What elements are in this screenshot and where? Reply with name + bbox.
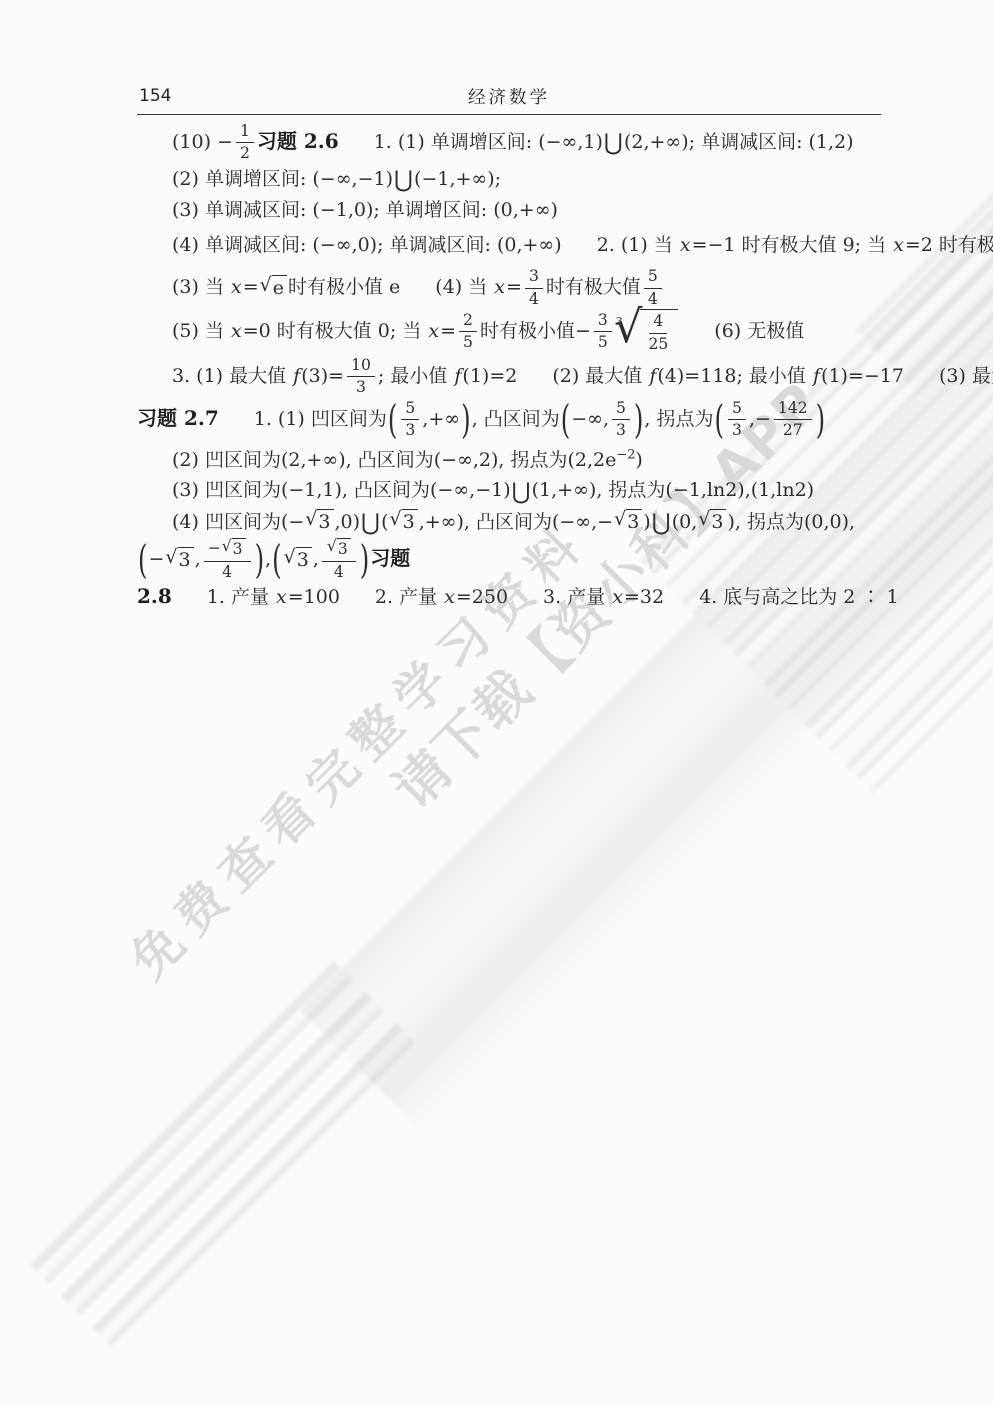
answer-line: (3) 当 x=√e时有极小值 e <box>137 276 400 298</box>
text-run: ,+∞ <box>422 408 460 430</box>
fraction: 14227 <box>774 399 812 441</box>
math-variable: x <box>275 586 288 608</box>
section-heading: 习题 2.7 <box>137 406 219 430</box>
text-run: 时有极小值 e <box>288 276 400 298</box>
radicand: 3 <box>402 509 418 536</box>
text-run: ) <box>635 449 642 471</box>
answer-line: (2) 单调增区间: (−∞,−1)⋃(−1,+∞); <box>137 168 501 190</box>
header-rule <box>137 114 881 115</box>
big-paren: ( <box>560 400 572 439</box>
big-paren: ) <box>254 540 266 579</box>
fraction: 54 <box>644 267 662 309</box>
text-run: (4) 单调减区间: (−∞,0); 单调减区间: (0,+∞) <box>172 234 562 256</box>
fraction: 53 <box>728 399 746 441</box>
fraction: 103 <box>347 356 375 398</box>
numerator: 3 <box>594 311 612 332</box>
big-paren: ( <box>714 400 726 439</box>
text-run: 2. 产量 <box>375 586 443 608</box>
square-root: √3 <box>284 547 312 574</box>
text-run: (4)=118; 最小值 <box>657 365 812 387</box>
square-root: √3 <box>389 509 417 536</box>
fraction: −√34 <box>204 538 251 582</box>
denominator: 25 <box>644 334 672 354</box>
square-root: √3 <box>222 538 246 560</box>
radical-sign: √ <box>222 538 232 556</box>
radicand: e <box>272 275 287 302</box>
numerator: 3 <box>525 267 543 288</box>
fraction: 53 <box>612 399 630 441</box>
text-run: (3) 凹区间为(−1,1), 凸区间为(−∞,−1) <box>172 479 511 501</box>
answer-line: (2) 凹区间为(2,+∞), 凸区间为(−∞,2), 拐点为(2,2e−2) <box>137 449 643 471</box>
numerator: 1 <box>236 122 254 143</box>
radicand: 3 <box>626 509 642 536</box>
answer-line: (4) 凹区间为(−√3,0)⋃(√3,+∞), 凸区间为(−∞,−√3)⋃(0… <box>137 511 855 533</box>
answer-line: (5) 当 x=0 时有极大值 0; 当 x=25时有极小值−353√425 <box>137 320 679 342</box>
math-variable: x <box>443 586 456 608</box>
radicand: 3 <box>296 547 312 574</box>
answer-line: (3) 凹区间为(−1,1), 凸区间为(−∞,−1)⋃(1,+∞), 拐点为(… <box>137 479 814 501</box>
answer-line: 1. (1) 凹区间为(53,+∞), 凸区间为(−∞,53), 拐点为(53,… <box>219 408 826 430</box>
page-number: 154 <box>139 86 171 106</box>
numerator: −√3 <box>204 538 251 562</box>
text-run: (4) 凹区间为(− <box>172 511 304 533</box>
square-root: √3 <box>165 547 193 574</box>
text-run: 1. (1) 单调增区间: (−∞,1) <box>374 131 603 153</box>
text-run: ,0) <box>335 511 361 533</box>
text-run: (2) 最大值 <box>552 365 648 387</box>
text-run: =0 时有极大值 0; 当 <box>243 320 428 342</box>
math-variable: x <box>427 320 440 342</box>
radicand: 3 <box>232 538 246 560</box>
fraction: 35 <box>594 311 612 353</box>
math-variable: x <box>230 320 243 342</box>
fraction: 53 <box>401 399 419 441</box>
big-paren: ) <box>633 400 645 439</box>
text-run: −∞, <box>571 408 609 430</box>
union-symbol: ⋃ <box>393 166 414 193</box>
text-run: , 凸区间为 <box>472 408 560 430</box>
text-run: (2,+∞); 单调减区间: (1,2) <box>624 131 854 153</box>
answer-line: 3. 产量 x=32 <box>508 586 664 608</box>
math-variable: x <box>679 234 692 256</box>
square-root: √3 <box>614 509 642 536</box>
text-run: (1,+∞), 拐点为(−1,ln2),(1,ln2) <box>532 479 814 501</box>
big-paren: ) <box>359 540 371 579</box>
numerator: √3 <box>322 538 356 562</box>
numerator: 5 <box>612 399 630 420</box>
text-run: (2) 单调增区间: (−∞,−1) <box>172 168 393 190</box>
big-paren: ( <box>387 400 399 439</box>
text-run: =250 <box>456 586 508 608</box>
answer-line: 4. 底与高之比为 2 ∶ 1 <box>664 586 898 608</box>
big-paren: ( <box>137 540 149 579</box>
fraction: 12 <box>236 122 254 164</box>
section-heading: 习题 2.6 <box>257 129 339 153</box>
union-symbol: ⋃ <box>511 478 532 505</box>
radicand: 3 <box>178 547 194 574</box>
big-paren: ( <box>271 540 283 579</box>
text-run: (3) 单调减区间: (−1,0); 单调增区间: (0,+∞) <box>172 199 558 221</box>
text-run: ,+∞), 凸区间为(−∞,− <box>419 511 613 533</box>
text-run: , <box>313 548 319 570</box>
denominator: 4 <box>525 289 543 309</box>
denominator: 5 <box>459 332 477 352</box>
text-run: 1. 产量 <box>207 586 275 608</box>
answer-line: (2) 最大值 f(4)=118; 最小值 f(1)=−17 <box>517 365 904 387</box>
page: 免费查看完整学习资料 请下载【资小科】APP 154 经济数学 (10) −12… <box>0 0 993 1404</box>
radicand: 3 <box>710 509 726 536</box>
square-root: √3 <box>305 509 333 536</box>
text-run: − <box>149 548 165 570</box>
radical-sign: √ <box>305 509 317 531</box>
text-run: ,− <box>749 408 771 430</box>
radical-sign: √ <box>389 509 401 531</box>
text-run: (1)=2 <box>462 365 517 387</box>
text-run: ; 最小值 <box>378 365 453 387</box>
union-symbol: ⋃ <box>651 509 672 536</box>
answer-line: 2. (1) 当 x=−1 时有极大值 9; 当 x=2 时有极小值−18 <box>562 234 993 256</box>
denominator: 3 <box>401 420 419 440</box>
text-run: − <box>208 539 221 557</box>
text-run: 3. 产量 <box>543 586 611 608</box>
math-variable: x <box>892 234 905 256</box>
math-variable: f <box>812 365 821 387</box>
denominator: 27 <box>779 420 807 440</box>
numerator: 5 <box>644 267 662 288</box>
text-run: =−1 时有极大值 9; 当 <box>692 234 893 256</box>
book-title: 经济数学 <box>137 84 881 109</box>
radical-sign: √ <box>165 547 177 569</box>
radical-sign: √ <box>698 509 710 531</box>
fraction: 425 <box>644 312 672 354</box>
union-symbol: ⋃ <box>603 129 624 156</box>
math-variable: x <box>611 586 624 608</box>
denominator: 2 <box>236 143 254 163</box>
text-run: (3)= <box>301 365 344 387</box>
radicand: 3 <box>337 538 351 560</box>
math-variable: f <box>292 365 301 387</box>
fraction: 34 <box>525 267 543 309</box>
union-symbol: ⋃ <box>360 509 381 536</box>
text-run: ), 拐点为(0,0), <box>727 511 855 533</box>
math-variable: x <box>230 276 243 298</box>
fraction: 25 <box>459 311 477 353</box>
text-run: ) <box>643 511 650 533</box>
answer-line: (3) 最大值 f(3)=ln10; 最小值 f(0)=0 <box>904 365 993 387</box>
square-root: √3 <box>698 509 726 536</box>
text-run: (1)=−17 <box>821 365 904 387</box>
numerator: 2 <box>459 311 477 332</box>
text-run: , <box>195 548 201 570</box>
text-run: (−1,+∞); <box>414 168 501 190</box>
denominator: 3 <box>728 420 746 440</box>
denominator: 3 <box>612 420 630 440</box>
denominator: 4 <box>644 289 662 309</box>
radical-sign: √ <box>260 275 272 297</box>
numerator: 4 <box>649 312 667 333</box>
math-variable: x <box>493 276 506 298</box>
answer-line: (6) 无极值 <box>679 320 804 342</box>
text-run: (2) 凹区间为(2,+∞), 凸区间为(−∞,2), 拐点为(2,2e <box>172 449 616 471</box>
answer-line: (−√3,−√34),(√3,√34) <box>137 548 370 570</box>
text-run: 4. 底与高之比为 2 ∶ 1 <box>699 586 898 608</box>
text-run: 2. (1) 当 <box>597 234 679 256</box>
text-run: ( <box>381 511 388 533</box>
denominator: 4 <box>330 562 348 582</box>
radical-sign: √ <box>327 538 337 556</box>
big-paren: ) <box>460 400 472 439</box>
root-index: 3 <box>616 307 623 337</box>
text-run: , 拐点为 <box>644 408 713 430</box>
superscript: −2 <box>616 448 635 463</box>
text-run: = <box>243 276 259 298</box>
text-run: 3. (1) 最大值 <box>172 365 292 387</box>
text-run: (6) 无极值 <box>714 320 804 342</box>
document-body: (10) −12习题 2.61. (1) 单调增区间: (−∞,1)⋃(2,+∞… <box>137 122 917 612</box>
text-run: 1. (1) 凹区间为 <box>254 408 387 430</box>
radicand: 425 <box>640 309 678 354</box>
text-run: = <box>506 276 522 298</box>
text-run: (3) 最大值 <box>939 365 993 387</box>
radical-sign: √ <box>284 547 296 569</box>
denominator: 3 <box>352 377 370 397</box>
text-run: (0, <box>672 511 698 533</box>
text-run: (4) 当 <box>435 276 493 298</box>
denominator: 5 <box>594 332 612 352</box>
answer-line: 1. (1) 单调增区间: (−∞,1)⋃(2,+∞); 单调减区间: (1,2… <box>339 131 854 153</box>
radicand: 3 <box>317 509 333 536</box>
answer-line: (10) −12 <box>137 131 257 153</box>
text-run: 时有极小值− <box>480 320 591 342</box>
answer-line: (3) 单调减区间: (−1,0); 单调增区间: (0,+∞) <box>137 199 558 221</box>
answer-line: 1. 产量 x=100 <box>172 586 340 608</box>
square-root: √3 <box>327 538 351 560</box>
numerator: 10 <box>347 356 375 377</box>
big-paren: ) <box>815 400 827 439</box>
text-run: (5) 当 <box>172 320 230 342</box>
answer-line: (4) 单调减区间: (−∞,0); 单调减区间: (0,+∞) <box>137 234 562 256</box>
text-run: =2 时有极小值−18 <box>905 234 993 256</box>
text-run: (3) 当 <box>172 276 230 298</box>
numerator: 5 <box>728 399 746 420</box>
denominator: 4 <box>218 562 236 582</box>
cube-root: 3√425 <box>616 309 678 354</box>
numerator: 142 <box>774 399 812 420</box>
answer-line: 2. 产量 x=250 <box>340 586 508 608</box>
square-root: √e <box>260 275 287 302</box>
text-run: =100 <box>288 586 340 608</box>
text-run: (10) − <box>172 131 233 153</box>
text-run: 时有极大值 <box>546 276 641 298</box>
text-run: =32 <box>624 586 664 608</box>
fraction: √34 <box>322 538 356 582</box>
numerator: 5 <box>401 399 419 420</box>
radical-sign: √ <box>614 509 626 531</box>
answer-line: (4) 当 x=34时有极大值54 <box>400 276 665 298</box>
brush-streak <box>30 961 419 1350</box>
answer-line: 3. (1) 最大值 f(3)=103; 最小值 f(1)=2 <box>137 365 517 387</box>
page-header: 154 经济数学 <box>137 84 881 118</box>
text-run: = <box>440 320 456 342</box>
